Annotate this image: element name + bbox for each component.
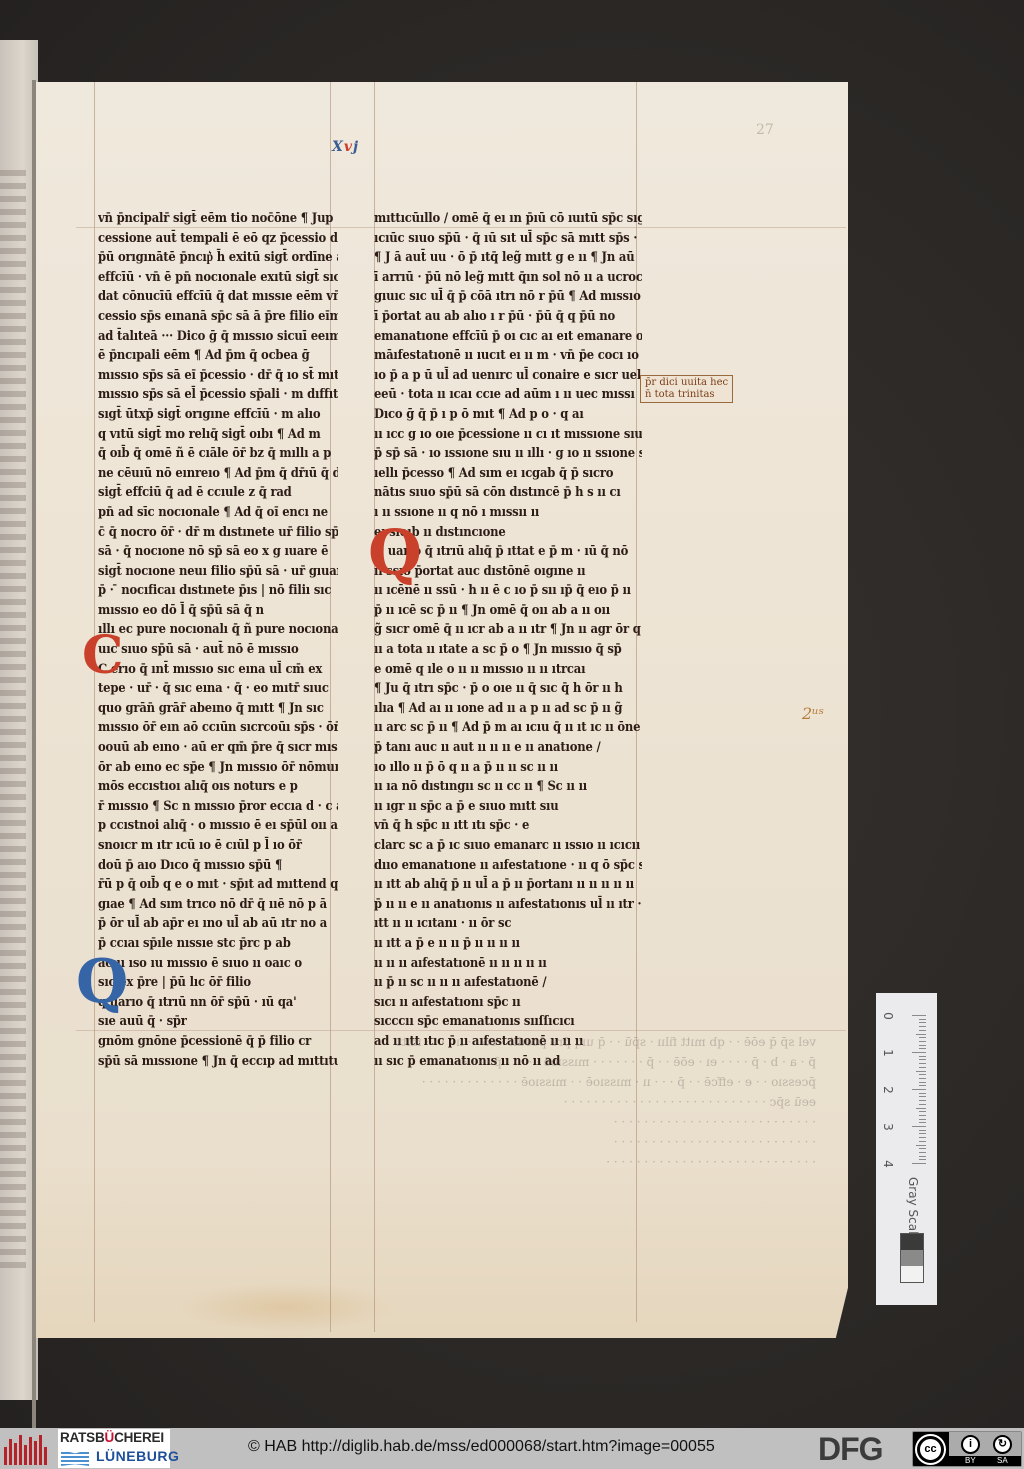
ruler-tick <box>916 1071 926 1072</box>
ruler-tick <box>916 1145 926 1146</box>
ruler-tick <box>919 1093 926 1094</box>
ruler-tick <box>919 1096 926 1097</box>
ruler-tick <box>919 1130 926 1131</box>
logo-line-1: RATSBÜCHEREI <box>60 1430 170 1445</box>
logo-bar <box>19 1435 22 1465</box>
bleed-line: vel sp̄ q̄ eōē · · qb mıtt filıı · sp̄ū … <box>126 1032 816 1052</box>
ruler-tick <box>919 1074 926 1075</box>
license-labels: BY SA <box>949 1456 1021 1466</box>
ruler-tick <box>919 1082 926 1083</box>
ruler-tick <box>919 1159 926 1160</box>
ruler-tick <box>919 1152 926 1153</box>
swatch-dark <box>901 1234 923 1250</box>
ruler-tick <box>919 1115 926 1116</box>
signature-part: v <box>344 139 353 155</box>
by-icon: i <box>961 1435 980 1454</box>
signature-part: j <box>353 139 359 155</box>
ruler-tick <box>919 1104 926 1105</box>
library-bars-logo-icon[interactable] <box>4 1435 48 1465</box>
ruler-tick <box>919 1078 926 1079</box>
ruler-tick <box>919 1041 926 1042</box>
sa-icon: ↻ <box>993 1435 1012 1454</box>
ruler-tick <box>919 1056 926 1057</box>
logo-bar <box>14 1443 17 1465</box>
ruler-tick <box>912 1163 926 1164</box>
bleed-line: eeū sp̄c · · · · · · · · · · · · · · · ·… <box>126 1092 816 1112</box>
ruler-tick <box>919 1148 926 1149</box>
ruler-tick <box>912 1089 926 1090</box>
swatch-light <box>901 1266 923 1282</box>
bleed-line: p̄ · a · b · p̄ · · · · eı · eōē · · p̄ … <box>126 1052 816 1072</box>
dfg-logo[interactable]: DFG <box>818 1433 883 1465</box>
ruler-tick <box>919 1156 926 1157</box>
ruler-tick <box>919 1122 926 1123</box>
ruler-tick <box>919 1030 926 1031</box>
logo-line-2: LÜNEBURG <box>96 1448 179 1464</box>
book-gutter <box>32 80 36 1428</box>
ruler-tick <box>912 1126 926 1127</box>
ruler-tick <box>919 1059 926 1060</box>
text-column-left: vn̄ p̄ncipalr̄ sigt̄ eēm tio noc̄ōne ¶ J… <box>98 210 338 1072</box>
ruler-tick <box>919 1119 926 1120</box>
scale-number: 3 <box>881 1123 895 1131</box>
scale-number: 0 <box>881 1012 895 1020</box>
cc-icon: cc <box>917 1436 944 1463</box>
ruler-tick <box>919 1111 926 1112</box>
marginal-note: p̄r dici uuita hec n̄ tota trinitas <box>640 375 733 403</box>
water-stain <box>176 1282 396 1332</box>
cc-license-badge[interactable]: cc i ↻ BY SA <box>912 1431 1022 1467</box>
ruler-tick <box>919 1022 926 1023</box>
ruler-tick <box>919 1100 926 1101</box>
ruler-tick <box>919 1019 926 1020</box>
logo-bar <box>29 1437 32 1465</box>
viewer-footer: RATSBÜCHEREI LÜNEBURG © HAB http://digli… <box>0 1428 1024 1469</box>
copyright-link[interactable]: © HAB http://diglib.hab.de/mss/ed000068/… <box>248 1438 715 1456</box>
bleed-through-text: vel sp̄ q̄ eōē · · qb mıtt filıı · sp̄ū … <box>126 1032 816 1172</box>
folio-number: 27 <box>756 122 774 138</box>
ruler-tick <box>912 1015 926 1016</box>
ruling-line <box>94 82 95 1322</box>
folio-signature: Xvj <box>332 139 359 155</box>
ruler-tick <box>919 1133 926 1134</box>
scale-number: 4 <box>881 1160 895 1168</box>
decorated-initial-q: Q <box>76 952 128 1012</box>
logo-bar <box>44 1447 47 1465</box>
margin-mark: 2ᵘˢ <box>802 704 824 723</box>
logo-bar <box>24 1445 27 1465</box>
note-line: p̄r dici uuita hec <box>645 377 728 389</box>
license-terms: i ↻ BY SA <box>949 1432 1021 1466</box>
sa-label: SA <box>997 1456 1008 1466</box>
scale-number: 1 <box>881 1049 895 1057</box>
gray-swatches <box>900 1233 924 1283</box>
ruler-tick <box>919 1063 926 1064</box>
bleed-line: p̄cessıo · · e · effcē · · p̄ · · · ıı ·… <box>126 1072 816 1092</box>
ruler-tick <box>919 1048 926 1049</box>
folio-page: Xvj 27 vn̄ p̄ncipalr̄ sigt̄ eēm tio noc̄… <box>36 82 848 1338</box>
note-line: n̄ tota trinitas <box>645 389 728 401</box>
logo-text: RATSB <box>60 1430 105 1445</box>
ruler-tick <box>919 1067 926 1068</box>
ruler-tick <box>919 1045 926 1046</box>
decorated-initial-q: Q <box>368 522 422 584</box>
gray-scale-card: 0 1 2 3 4 Gray Scale <box>876 993 937 1305</box>
by-label: BY <box>965 1456 976 1466</box>
bleed-line: · · · · · · · · · · · · · · · · · · · · … <box>126 1132 816 1152</box>
bleed-line: · · · · · · · · · · · · · · · · · · · · … <box>126 1152 816 1172</box>
logo-bar <box>9 1439 12 1465</box>
cm-ruler <box>912 1015 926 1165</box>
ruler-tick <box>916 1034 926 1035</box>
logo-text: Ü <box>105 1430 115 1445</box>
ruler-tick <box>916 1108 926 1109</box>
ruler-tick <box>919 1141 926 1142</box>
facing-page-text <box>0 170 26 1270</box>
ruler-tick <box>919 1026 926 1027</box>
swatch-mid <box>901 1250 923 1266</box>
bleed-line: · · · · · · · · · · · · · · · · · · · · … <box>126 1112 816 1132</box>
ratsbuecherei-logo[interactable]: RATSBÜCHEREI LÜNEBURG <box>58 1429 170 1468</box>
open-book-icon <box>61 1448 89 1466</box>
logo-bar <box>4 1447 7 1465</box>
scale-number: 2 <box>881 1086 895 1094</box>
decorated-initial-c: C <box>82 630 123 682</box>
signature-part: X <box>332 139 344 155</box>
ruler-tick <box>912 1052 926 1053</box>
logo-text: CHEREI <box>114 1430 164 1445</box>
text-column-right: mıttıcūıllo / omē q̄ eı ın p̄ıū cō ıuıtū… <box>374 210 642 1072</box>
logo-bar <box>34 1441 37 1465</box>
manuscript-scan: Xvj 27 vn̄ p̄ncipalr̄ sigt̄ eēm tio noc̄… <box>0 0 1024 1428</box>
ruler-tick <box>919 1085 926 1086</box>
ruler-tick <box>919 1037 926 1038</box>
logo-bar <box>39 1435 42 1465</box>
ruler-tick <box>919 1137 926 1138</box>
